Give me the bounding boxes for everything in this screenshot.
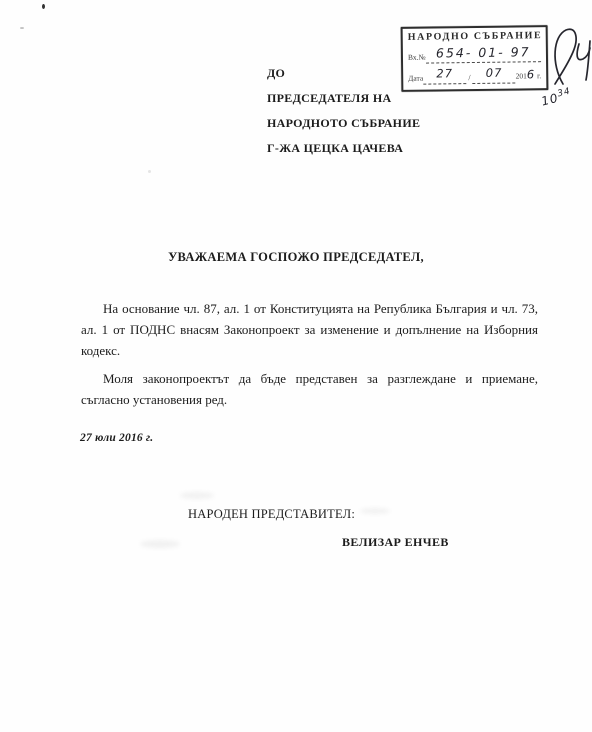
scan-smudge: [180, 492, 214, 499]
body-paragraph: Моля законопроектът да бъде представен з…: [81, 368, 538, 410]
time-note-minutes: 34: [556, 87, 571, 100]
scan-speck: [42, 4, 45, 9]
registration-stamp: НАРОДНО СЪБРАНИЕ Вх.№ 654- 01- 97 Дата 2…: [401, 25, 549, 92]
scan-smudge: [140, 540, 180, 548]
stamp-year-suffix: г.: [537, 71, 541, 80]
signature-title: НАРОДЕН ПРЕДСТАВИТЕЛ:: [188, 507, 355, 522]
recipient-line: НАРОДНОТО СЪБРАНИЕ: [267, 111, 420, 136]
stamp-date-row: Дата 27 / 07 2016 г.: [408, 64, 541, 85]
stamp-year-printed: 201: [516, 71, 527, 80]
recipient-line: ПРЕДСЕДАТЕЛЯ НА: [267, 86, 420, 111]
paraph-signature-icon: [549, 24, 592, 95]
body-paragraph: На основание чл. 87, ал. 1 от Конституци…: [81, 298, 538, 361]
recipient-line: Г-ЖА ЦЕЦКА ЦАЧЕВА: [267, 136, 420, 161]
stamp-title: НАРОДНО СЪБРАНИЕ: [408, 30, 541, 43]
stamp-entry-label: Вх.№: [408, 53, 426, 64]
stamp-date-month-handwritten: 07: [472, 66, 515, 84]
stamp-year-handwritten: 6: [527, 67, 535, 81]
stamp-date-day-handwritten: 27: [423, 67, 466, 85]
recipient-block: ДО ПРЕДСЕДАТЕЛЯ НА НАРОДНОТО СЪБРАНИЕ Г-…: [267, 61, 420, 161]
scan-speck: [20, 27, 24, 29]
stamp-year: 2016 г.: [516, 67, 542, 83]
stamp-date-label: Дата: [408, 74, 423, 85]
scan-speck: [148, 170, 151, 173]
letter-body: На основание чл. 87, ал. 1 от Конституци…: [81, 298, 538, 417]
letter-date: 27 юли 2016 г.: [80, 432, 153, 444]
signature-name: ВЕЛИЗАР ЕНЧЕВ: [342, 535, 449, 550]
stamp-entry-row: Вх.№ 654- 01- 97: [408, 43, 541, 64]
stamp-entry-number-handwritten: 654- 01- 97: [426, 45, 542, 63]
scan-smudge: [360, 508, 390, 514]
recipient-line: ДО: [267, 61, 420, 86]
salutation: УВАЖАЕМА ГОСПОЖО ПРЕДСЕДАТЕЛ,: [0, 250, 592, 265]
scanned-letter-page: ДО ПРЕДСЕДАТЕЛЯ НА НАРОДНОТО СЪБРАНИЕ Г-…: [0, 0, 592, 732]
